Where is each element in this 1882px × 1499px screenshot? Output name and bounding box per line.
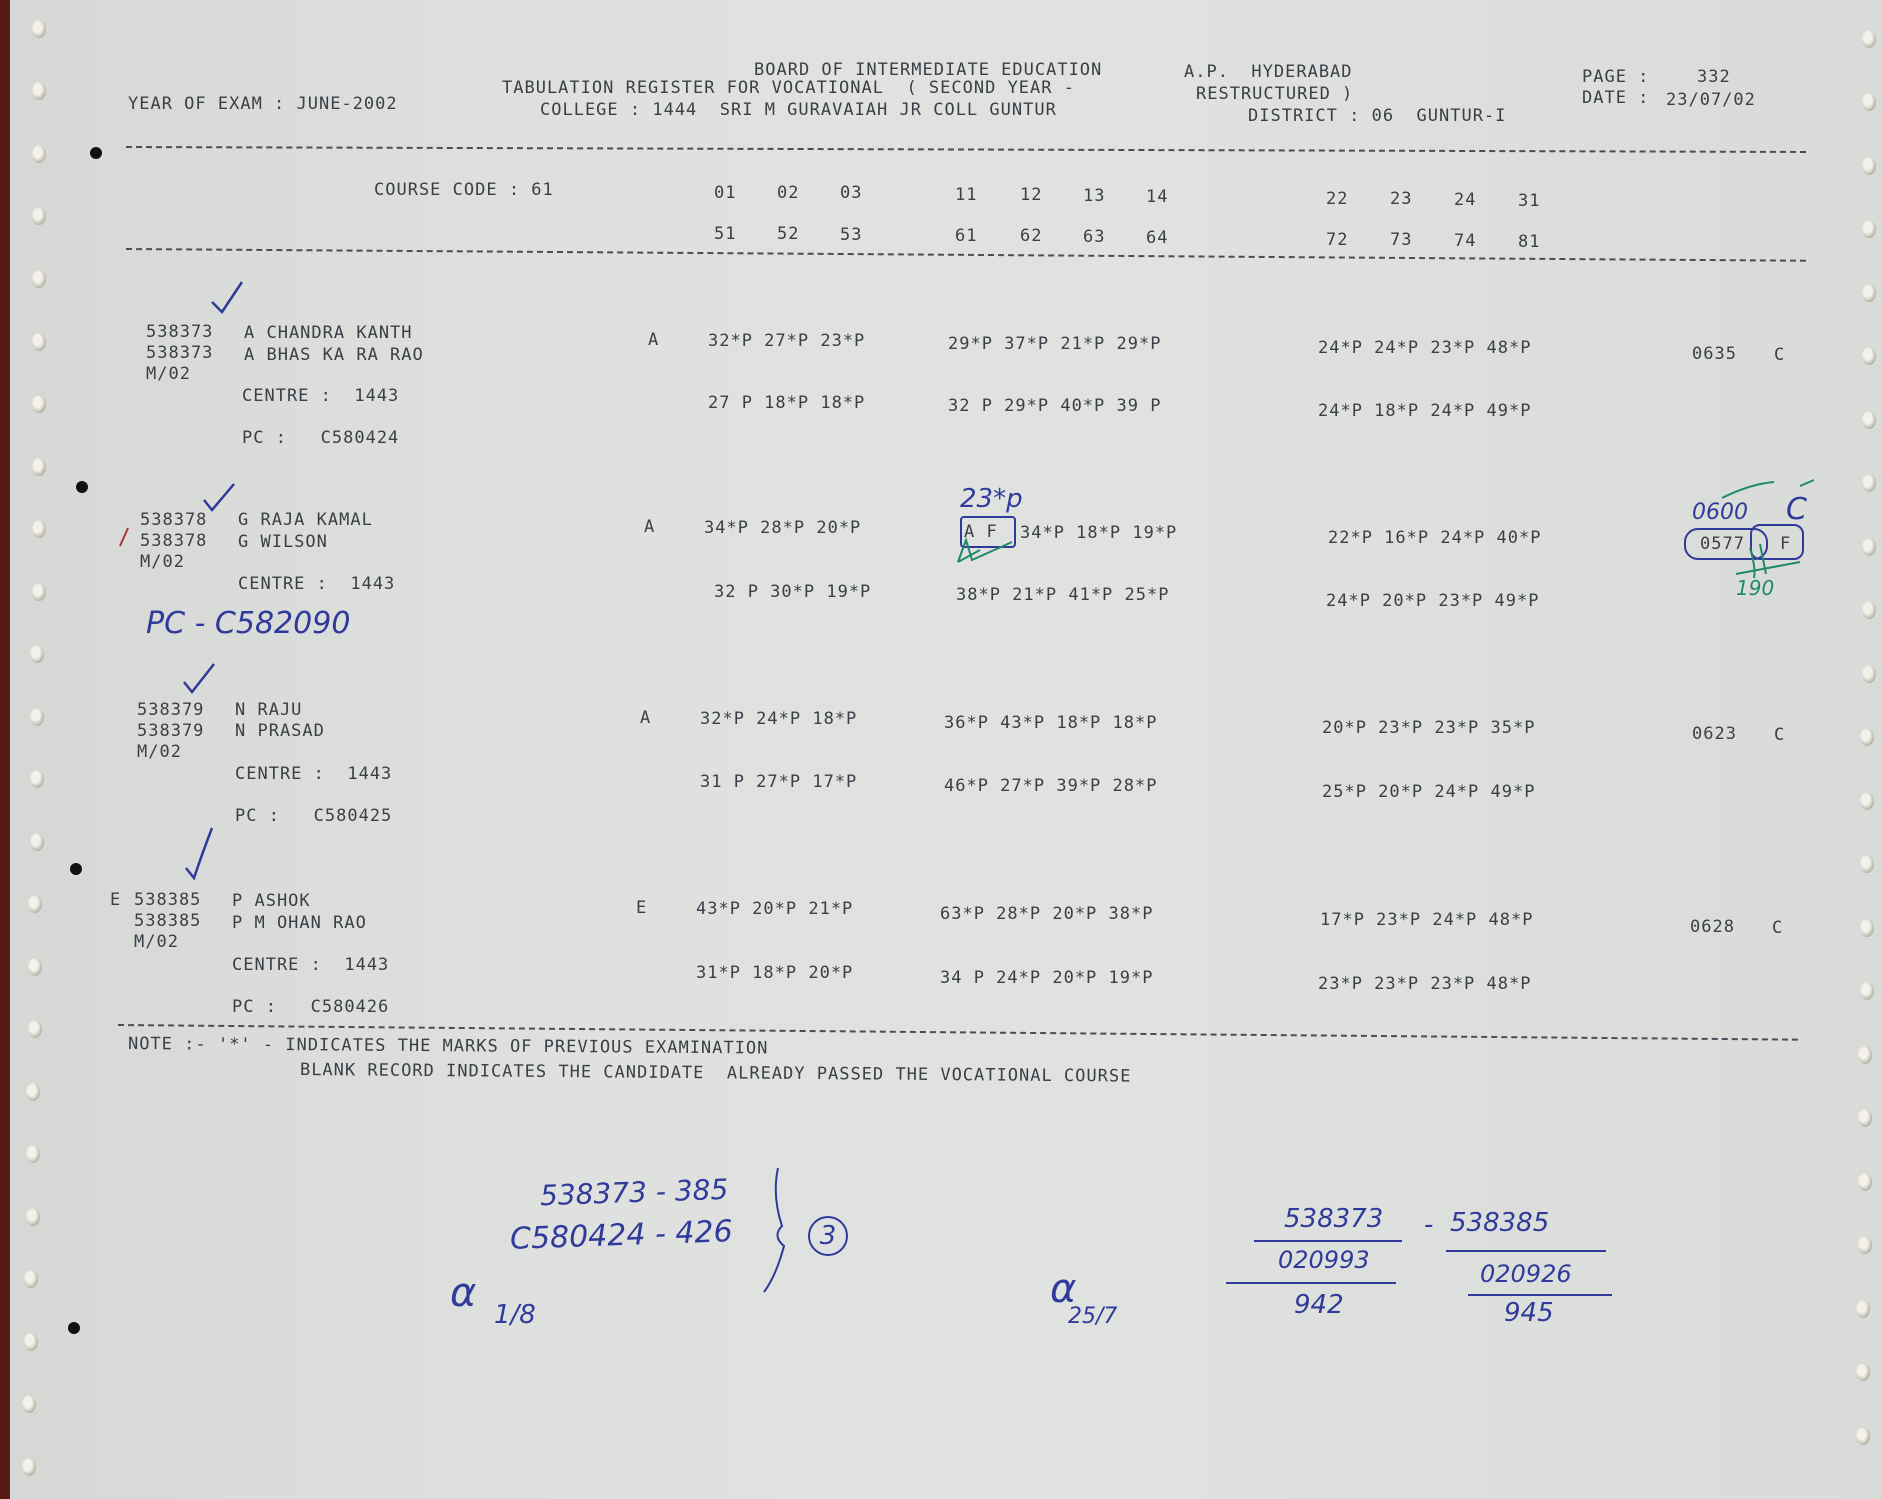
pc-number: PC : C580425 [235, 806, 392, 826]
date-label: DATE : [1582, 88, 1649, 108]
handwritten-pc-range: C580424 - 426 [509, 1214, 733, 1257]
centre: CENTRE : 1443 [242, 386, 399, 406]
checkmark-icon [180, 824, 220, 882]
hall-ticket: 538379 [137, 700, 204, 720]
handwritten-pc-correction: PC - C582090 [146, 606, 350, 641]
subject-code: 72 [1326, 230, 1348, 250]
punch-mark [70, 863, 82, 875]
candidate-name: N RAJU [235, 700, 302, 720]
subject-code: 22 [1326, 189, 1348, 209]
marks-first-year-group1: 32*P 27*P 23*P [708, 331, 865, 351]
hall-ticket: 538379 [137, 721, 204, 741]
marks-second-year-group1: 31 P 27*P 17*P [700, 772, 857, 792]
hall-ticket: 538385 [134, 890, 201, 910]
handwritten-calc-top-left: 538373 [1284, 1204, 1383, 1234]
total-marks: 0628 [1690, 917, 1735, 937]
subject-code: 81 [1518, 232, 1540, 252]
pc-number: PC : C580424 [242, 428, 399, 448]
handwritten-date-left: 1/8 [494, 1300, 536, 1330]
subject-code: 64 [1146, 228, 1168, 248]
handwritten-calc-mid-right: 020926 [1480, 1260, 1572, 1288]
total-marks: 0635 [1692, 344, 1737, 364]
course-code: COURSE CODE : 61 [374, 180, 554, 200]
medium: A [640, 708, 651, 728]
subject-code: 51 [714, 224, 736, 244]
district-info: DISTRICT : 06 GUNTUR-I [1248, 106, 1506, 126]
category: M/02 [137, 742, 182, 762]
centre: CENTRE : 1443 [235, 764, 392, 784]
handwritten-date-right: 25/7 [1068, 1304, 1117, 1329]
handwritten-calc-dash: - [1424, 1210, 1433, 1240]
father-name: A BHAS KA RA RAO [244, 345, 424, 365]
result-status: C [1772, 918, 1783, 938]
marks-second-year-group2: 38*P 21*P 41*P 25*P [956, 585, 1169, 605]
marks-second-year-group1: 32 P 30*P 19*P [714, 582, 871, 602]
handwritten-roll-range: 538373 - 385 [539, 1173, 728, 1213]
punch-mark [90, 147, 102, 159]
checkmark-icon [200, 480, 240, 514]
date-value: 23/07/02 [1666, 90, 1756, 110]
board-name: BOARD OF INTERMEDIATE EDUCATION [754, 60, 1102, 80]
calc-line [1446, 1250, 1606, 1252]
note-line-2: BLANK RECORD INDICATES THE CANDIDATE ALR… [300, 1060, 1132, 1087]
marks-first-year-group1: 43*P 20*P 21*P [696, 899, 853, 919]
subject-code: 63 [1083, 227, 1105, 247]
marks-second-year-group2: 32 P 29*P 40*P 39 P [948, 396, 1161, 416]
marks-second-year-group3: 24*P 20*P 23*P 49*P [1326, 591, 1539, 611]
marks-first-year-group3: 17*P 23*P 24*P 48*P [1320, 910, 1533, 930]
marks-first-year-group2: 36*P 43*P 18*P 18*P [944, 713, 1157, 733]
subject-code: 11 [955, 185, 977, 205]
handwritten-calc-mid-left: 020993 [1278, 1246, 1370, 1274]
candidate-name: P ASHOK [232, 891, 311, 911]
subject-code: 02 [777, 183, 799, 203]
marks-first-year-group2: 29*P 37*P 21*P 29*P [948, 334, 1161, 354]
page-number: 332 [1697, 67, 1731, 87]
subject-code: 03 [840, 183, 862, 203]
marks-second-year-group1: 27 P 18*P 18*P [708, 393, 865, 413]
paper-edge [0, 0, 10, 1499]
handwritten-calc-top-right: 538385 [1450, 1208, 1549, 1238]
hall-ticket: 538373 [146, 343, 213, 363]
medium: A [644, 517, 655, 537]
candidate-name: A CHANDRA KANTH [244, 323, 413, 343]
marks-first-year-group1: 32*P 24*P 18*P [700, 709, 857, 729]
divider [126, 146, 1806, 153]
board-location: A.P. HYDERABAD [1184, 62, 1353, 82]
subject-code: 23 [1390, 189, 1412, 209]
result-status: C [1774, 345, 1785, 365]
marks-first-year-group2: 63*P 28*P 20*P 38*P [940, 904, 1153, 924]
year-of-exam: YEAR OF EXAM : JUNE-2002 [128, 94, 398, 114]
punch-mark [76, 481, 88, 493]
marks-second-year-group3: 25*P 20*P 24*P 49*P [1322, 782, 1535, 802]
subject-code: 73 [1390, 230, 1412, 250]
punch-mark [68, 1322, 80, 1334]
hall-ticket: 538378 [140, 531, 207, 551]
signature-left: α [450, 1270, 476, 1316]
page-label: PAGE : [1582, 67, 1649, 87]
marks-second-year-group2: 34 P 24*P 20*P 19*P [940, 968, 1153, 988]
category: M/02 [134, 932, 179, 952]
total-marks: 0623 [1692, 724, 1737, 744]
marks-first-year-group3: 24*P 24*P 23*P 48*P [1318, 338, 1531, 358]
result-status: C [1774, 725, 1785, 745]
marks-first-year-group3: 22*P 16*P 24*P 40*P [1328, 528, 1541, 548]
centre: CENTRE : 1443 [238, 574, 395, 594]
subject-code: 61 [955, 226, 977, 246]
medium: E [636, 898, 647, 918]
subject-code: 31 [1518, 191, 1540, 211]
report-title-suffix: RESTRUCTURED ) [1196, 84, 1353, 104]
handwritten-count-circled: 3 [808, 1216, 848, 1256]
hall-ticket: 538373 [146, 322, 213, 342]
pc-number: PC : C580426 [232, 997, 389, 1017]
report-title: TABULATION REGISTER FOR VOCATIONAL ( SEC… [502, 78, 1075, 98]
father-name: G WILSON [238, 532, 328, 552]
marks-second-year-group3: 23*P 23*P 23*P 48*P [1318, 974, 1531, 994]
calc-line [1226, 1282, 1396, 1284]
handwritten-calc-bot-left: 942 [1294, 1290, 1344, 1320]
marks-first-year-group3: 20*P 23*P 23*P 35*P [1322, 718, 1535, 738]
checkmark-icon [208, 278, 248, 316]
green-strike-annotation [956, 530, 1016, 566]
marks-first-year-group1: 34*P 28*P 20*P [704, 518, 861, 538]
checkmark-icon [180, 660, 220, 696]
marks-second-year-group3: 24*P 18*P 24*P 49*P [1318, 401, 1531, 421]
red-tick-mark [116, 526, 132, 548]
centre: CENTRE : 1443 [232, 955, 389, 975]
handwritten-mark-correction: 23*p [960, 484, 1023, 514]
subject-code: 62 [1020, 226, 1042, 246]
marks-first-year-group2: 34*P 18*P 19*P [1020, 523, 1177, 543]
note-line-1: NOTE :- '*' - INDICATES THE MARKS OF PRE… [128, 1034, 769, 1058]
subject-code: 14 [1146, 187, 1168, 207]
father-name: P M OHAN RAO [232, 913, 367, 933]
brace-annotation [762, 1166, 802, 1296]
subject-code: 53 [840, 225, 862, 245]
hall-ticket: 538378 [140, 510, 207, 530]
handwritten-calc-bot-right: 945 [1504, 1298, 1554, 1328]
hall-ticket: 538385 [134, 911, 201, 931]
marks-second-year-group2: 46*P 27*P 39*P 28*P [944, 776, 1157, 796]
subject-code: 01 [714, 183, 736, 203]
subject-code: 13 [1083, 186, 1105, 206]
marks-second-year-group1: 31*P 18*P 20*P [696, 963, 853, 983]
category: M/02 [140, 552, 185, 572]
subject-code: 52 [777, 224, 799, 244]
college-info: COLLEGE : 1444 SRI M GURAVAIAH JR COLL G… [540, 100, 1057, 120]
divider [126, 248, 1806, 262]
green-signature-mark [1710, 478, 1820, 588]
subject-code: 12 [1020, 185, 1042, 205]
candidate-name: G RAJA KAMAL [238, 510, 373, 530]
record-flag: E [110, 890, 121, 910]
calc-line [1254, 1240, 1402, 1242]
calc-line [1468, 1294, 1612, 1296]
subject-code: 74 [1454, 231, 1476, 251]
medium: A [648, 330, 659, 350]
category: M/02 [146, 364, 191, 384]
father-name: N PRASAD [235, 721, 325, 741]
subject-code: 24 [1454, 190, 1476, 210]
tabulation-register-sheet: BOARD OF INTERMEDIATE EDUCATION A.P. HYD… [10, 0, 1882, 1499]
